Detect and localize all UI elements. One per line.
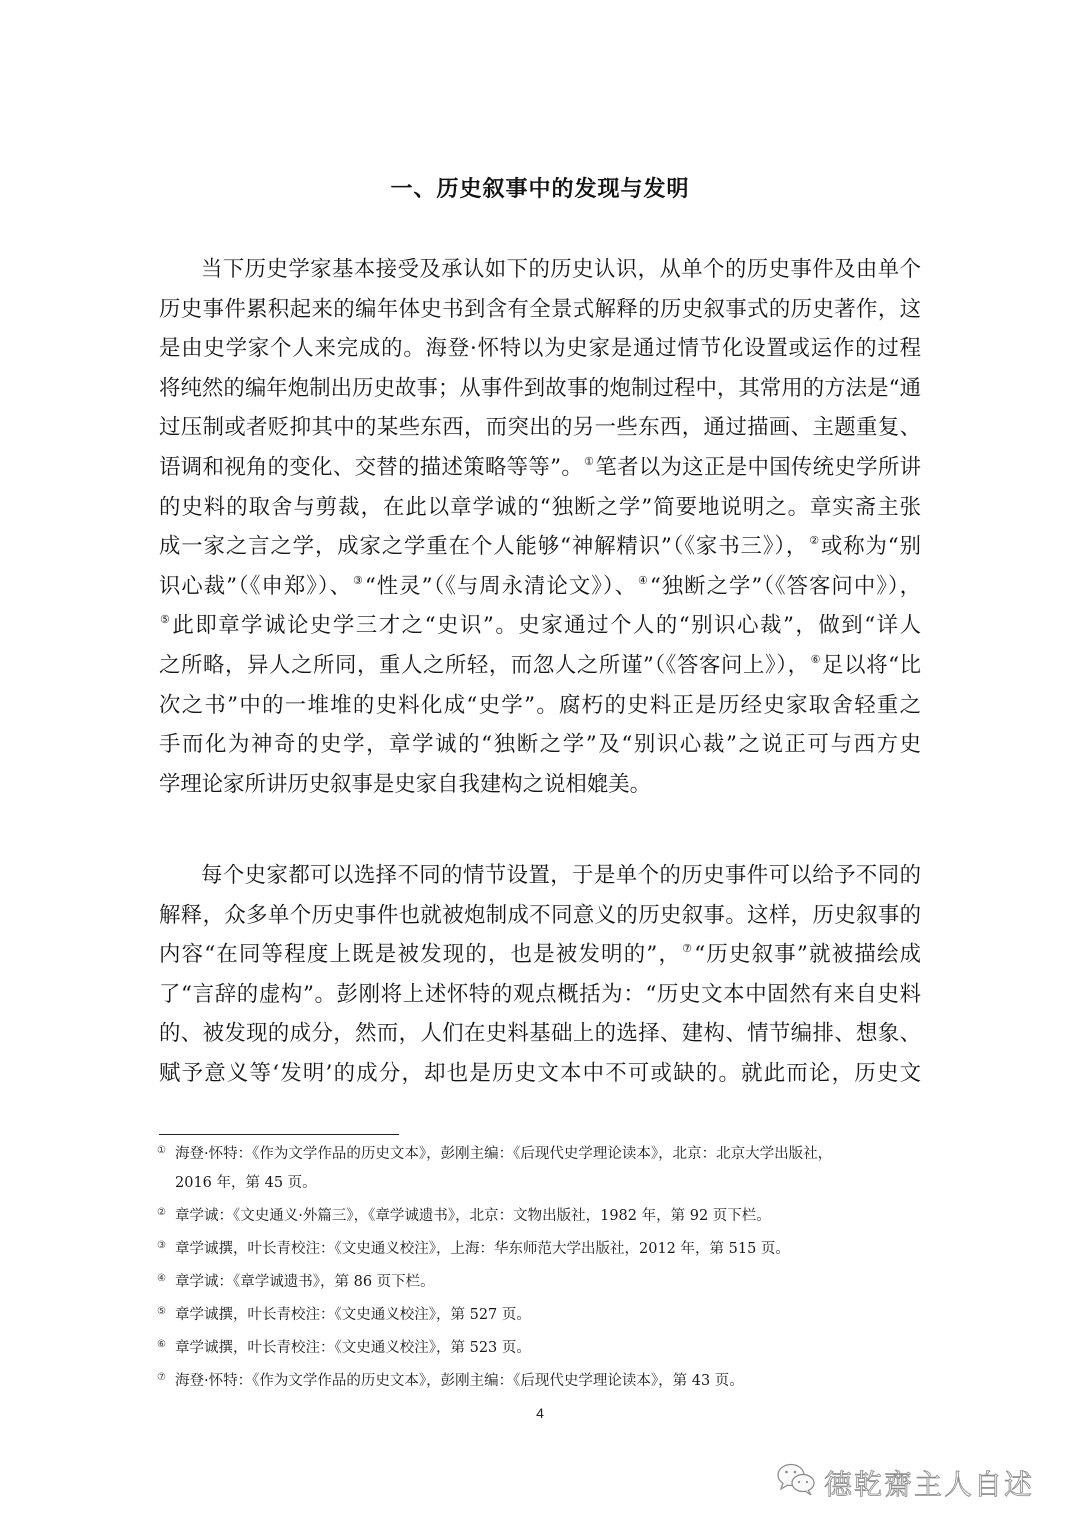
text-segment: 的、被发现的成分，然而，人们在史料基础上的选择、建构、情节编排、想象、 [159, 1021, 921, 1046]
text-line: 之所略，异人之所同，重人之所轻，而忽人之所谨”（《答客问上》），⑥足以将“比 [159, 646, 921, 686]
text-line: 次之书”中的一堆堆的史料化成“史学”。腐朽的史料正是历经史家取舍轻重之 [159, 686, 921, 726]
paragraph-1: 当下历史学家基本接受及承认如下的历史认识，从单个的历史事件及由单个历史事件累积起… [159, 250, 921, 804]
text-segment: 当下历史学家基本接受及承认如下的历史认识，从单个的历史事件及由单个 [201, 257, 921, 282]
text-line: 过压制或者贬抑其中的某些东西，而突出的另一些东西，通过描画、主题重复、 [159, 408, 921, 448]
text-line: 是由史学家个人来完成的。海登·怀特以为史家是通过情节化设置或运作的过程 [159, 329, 921, 369]
text-line: 内容“在同等程度上既是被发现的，也是被发明的”，⑦“历史叙事”就被描绘成 [159, 935, 921, 975]
text-segment: 语调和视角的变化、交替的描述策略等等”。 [159, 455, 583, 480]
text-line: 历史事件累积起来的编年体史书到含有全景式解释的历史叙事式的历史著作，这 [159, 290, 921, 330]
text-segment: 足以将“比 [822, 653, 921, 678]
text-segment: 了“言辞的虚构”。彭刚将上述怀特的观点概括为：“历史文本中固然有来自史料 [159, 982, 921, 1007]
footnote-reference[interactable]: ⑤ [160, 613, 171, 626]
text-line: ⑤此即章学诚论史学三才之“史识”。史家通过个人的“别识心裁”，做到“详人 [159, 606, 921, 646]
watermark: 德乾齋主人自述 [776, 1462, 1034, 1503]
text-segment: 成一家之言之学，成家之学重在个人能够“神解精识”（《家书三》）， [159, 534, 808, 559]
footnote-reference[interactable]: ⑦ [682, 942, 693, 955]
footnote: ②章学诚：《文史通义·外篇三》，《章学诚遗书》，北京：文物出版社，1982 年，… [157, 1202, 927, 1231]
footnote-text: 章学诚撰，叶长青校注：《文史通义校注》，上海：华东师范大学出版社，2012 年，… [175, 1241, 790, 1257]
text-line: 学理论家所讲历史叙事是史家自我建构之说相媲美。 [159, 765, 921, 805]
footnote-mark: ② [157, 1198, 166, 1227]
footnote-separator [159, 1134, 399, 1135]
footnote-text: 章学诚撰，叶长青校注：《文史通义校注》，第 523 页。 [175, 1340, 531, 1356]
text-line: 识心裁”（《申郑》）、③“性灵”（《与周永清论文》）、④“独断之学”（《答客问中… [159, 567, 921, 607]
footnote: ①海登·怀特：《作为文学作品的历史文本》，彭刚主编：《后现代史学理论读本》，北京… [157, 1140, 927, 1198]
footnote-text: 章学诚：《文史通义·外篇三》，《章学诚遗书》，北京：文物出版社，1982 年，第… [175, 1208, 771, 1224]
footnote-mark: ⑤ [157, 1297, 166, 1326]
text-line: 赋予意义等‘发明’的成分，却也是历史文本中不可或缺的。就此而论，历史文 [159, 1054, 921, 1094]
text-line: 将纯然的编年炮制出历史故事；从事件到故事的炮制过程中，其常用的方法是“通 [159, 369, 921, 409]
footnote-text-continued: 2016 年，第 45 页。 [175, 1169, 927, 1198]
text-line: 手而化为神奇的史学，章学诚的“独断之学”及“别识心裁”之说正可与西方史 [159, 725, 921, 765]
paragraph-2: 每个史家都可以选择不同的情节设置，于是单个的历史事件可以给予不同的解释，众多单个… [159, 856, 921, 1094]
text-line: 的史料的取舍与剪裁，在此以章学诚的“独断之学”简要地说明之。章实斋主张 [159, 488, 921, 528]
footnote-mark: ⑥ [157, 1330, 166, 1359]
footnote-reference[interactable]: ⑥ [811, 653, 821, 666]
footnote: ⑤章学诚撰，叶长青校注：《文史通义校注》，第 527 页。 [157, 1301, 927, 1330]
text-segment: 识心裁”（《申郑》）、 [159, 574, 352, 599]
text-segment: 笔者以为这正是中国传统史学所讲 [595, 455, 921, 480]
footnote: ⑥章学诚撰，叶长青校注：《文史通义校注》，第 523 页。 [157, 1334, 927, 1363]
text-segment: 历史事件累积起来的编年体史书到含有全景式解释的历史叙事式的历史著作，这 [159, 297, 921, 322]
footnote-mark: ③ [157, 1231, 166, 1260]
text-segment: 是由史学家个人来完成的。海登·怀特以为史家是通过情节化设置或运作的过程 [159, 336, 921, 361]
text-line: 解释，众多单个历史事件也就被炮制成不同意义的历史叙事。这样，历史叙事的 [159, 896, 921, 936]
footnote: ④章学诚：《章学诚遗书》，第 86 页下栏。 [157, 1268, 927, 1297]
text-segment: 内容“在同等程度上既是被发现的，也是被发明的”， [159, 942, 681, 967]
footnote-reference[interactable]: ② [809, 534, 820, 547]
footnotes: ①海登·怀特：《作为文学作品的历史文本》，彭刚主编：《后现代史学理论读本》，北京… [157, 1140, 927, 1400]
text-segment: 或称为“别 [821, 534, 921, 559]
text-segment: “历史叙事”就被描绘成 [694, 942, 921, 967]
section-title: 一、历史叙事中的发现与发明 [0, 172, 1080, 203]
text-segment: 赋予意义等‘发明’的成分，却也是历史文本中不可或缺的。就此而论，历史文 [159, 1061, 921, 1086]
text-segment: 此即章学诚论史学三才之“史识”。史家通过个人的“别识心裁”，做到“详人 [172, 613, 921, 638]
footnote-reference[interactable]: ① [584, 455, 594, 468]
footnote-text: 海登·怀特：《作为文学作品的历史文本》，彭刚主编：《后现代史学理论读本》，第 4… [175, 1373, 744, 1389]
text-line: 语调和视角的变化、交替的描述策略等等”。①笔者以为这正是中国传统史学所讲 [159, 448, 921, 488]
footnote-text: 章学诚：《章学诚遗书》，第 86 页下栏。 [175, 1274, 435, 1290]
footnote-text: 海登·怀特：《作为文学作品的历史文本》，彭刚主编：《后现代史学理论读本》，北京：… [175, 1146, 832, 1162]
text-line: 成一家之言之学，成家之学重在个人能够“神解精识”（《家书三》），②或称为“别 [159, 527, 921, 567]
footnote-mark: ⑦ [157, 1363, 166, 1392]
text-segment: 之所略，异人之所同，重人之所轻，而忽人之所谨”（《答客问上》）， [159, 653, 810, 678]
footnote-mark: ④ [157, 1264, 166, 1293]
text-line: 的、被发现的成分，然而，人们在史料基础上的选择、建构、情节编排、想象、 [159, 1014, 921, 1054]
text-segment: 次之书”中的一堆堆的史料化成“史学”。腐朽的史料正是历经史家取舍轻重之 [159, 693, 921, 718]
footnote: ⑦海登·怀特：《作为文学作品的历史文本》，彭刚主编：《后现代史学理论读本》，第 … [157, 1367, 927, 1396]
text-segment: 每个史家都可以选择不同的情节设置，于是单个的历史事件可以给予不同的 [201, 863, 921, 888]
text-segment: 将纯然的编年炮制出历史故事；从事件到故事的炮制过程中，其常用的方法是“通 [159, 376, 921, 401]
text-line: 了“言辞的虚构”。彭刚将上述怀特的观点概括为：“历史文本中固然有来自史料 [159, 975, 921, 1015]
page-number: 4 [0, 1405, 1080, 1421]
text-segment: 的史料的取舍与剪裁，在此以章学诚的“独断之学”简要地说明之。章实斋主张 [159, 495, 921, 520]
footnote-text: 章学诚撰，叶长青校注：《文史通义校注》，第 527 页。 [175, 1307, 531, 1323]
text-segment: “性灵”（《与周永清论文》）、 [365, 574, 637, 599]
footnote-reference[interactable]: ④ [638, 574, 649, 587]
text-segment: 解释，众多单个历史事件也就被炮制成不同意义的历史叙事。这样，历史叙事的 [159, 903, 921, 928]
text-segment: “独断之学”（《答客问中》）， [650, 574, 921, 599]
text-line: 每个史家都可以选择不同的情节设置，于是单个的历史事件可以给予不同的 [159, 856, 921, 896]
footnote-mark: ① [157, 1136, 166, 1165]
text-segment: 学理论家所讲历史叙事是史家自我建构之说相媲美。 [159, 772, 651, 797]
footnote: ③章学诚撰，叶长青校注：《文史通义校注》，上海：华东师范大学出版社，2012 年… [157, 1235, 927, 1264]
text-segment: 手而化为神奇的史学，章学诚的“独断之学”及“别识心裁”之说正可与西方史 [159, 732, 921, 757]
watermark-text: 德乾齋主人自述 [824, 1463, 1034, 1503]
text-segment: 过压制或者贬抑其中的某些东西，而突出的另一些东西，通过描画、主题重复、 [159, 415, 921, 440]
wechat-icon [776, 1462, 824, 1503]
document-page: 一、历史叙事中的发现与发明 当下历史学家基本接受及承认如下的历史认识，从单个的历… [0, 0, 1080, 1529]
footnote-reference[interactable]: ③ [353, 574, 364, 587]
text-line: 当下历史学家基本接受及承认如下的历史认识，从单个的历史事件及由单个 [159, 250, 921, 290]
